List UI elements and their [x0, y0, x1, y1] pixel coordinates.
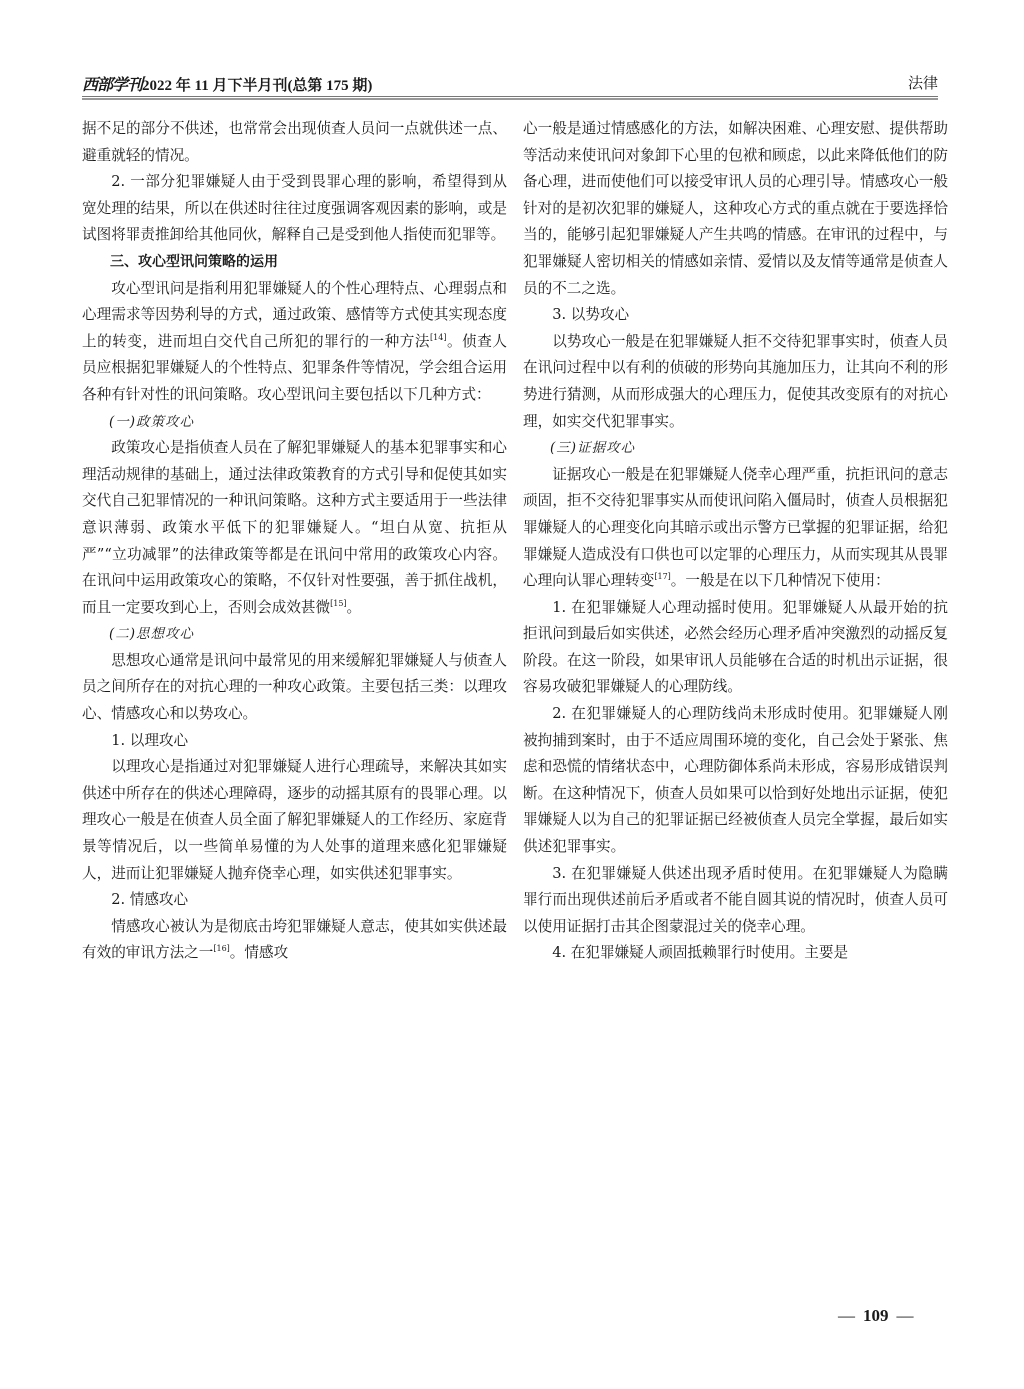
subsection-heading: (一)政策攻心 [82, 409, 507, 436]
page-number-value: 109 [863, 1306, 889, 1325]
citation-ref: [14] [430, 333, 446, 342]
citation-ref: [16] [213, 944, 229, 953]
paragraph: 以势攻心一般是在犯罪嫌疑人拒不交待犯罪事实时，侦查人员在讯问过程中以有利的侦破的… [523, 329, 948, 435]
header-divider [82, 96, 938, 100]
paragraph: 政策攻心是指侦查人员在了解犯罪嫌疑人的基本犯罪事实和心理活动规律的基础上，通过法… [82, 435, 507, 621]
paragraph: 攻心型讯问是指利用犯罪嫌疑人的个性心理特点、心理弱点和心理需求等因势利导的方式，… [82, 276, 507, 409]
numbered-heading: 3. 以势攻心 [523, 302, 948, 329]
paragraph: 2. 一部分犯罪嫌疑人由于受到畏罪心理的影响，希望得到从宽处理的结果，所以在供述… [82, 169, 507, 249]
journal-logo: 西部学刊 [82, 77, 142, 94]
section-heading: 三、攻心型讯问策略的运用 [82, 249, 507, 276]
paragraph: 思想攻心通常是讯问中最常见的用来缓解犯罪嫌疑人与侦查人员之间所存在的对抗心理的一… [82, 648, 507, 728]
dash-left: — [838, 1306, 855, 1325]
paragraph: 以理攻心是指通过对犯罪嫌疑人进行心理疏导，来解决其如实供述中所存在的供述心理障碍… [82, 754, 507, 887]
page-number: —109— [830, 1306, 922, 1326]
paragraph: 据不足的部分不供述，也常常会出现侦查人员问一点就供述一点、避重就轻的情况。 [82, 116, 507, 169]
subsection-heading: (二)思想攻心 [82, 621, 507, 648]
paragraph: 4. 在犯罪嫌疑人顽固抵赖罪行时使用。主要是 [523, 940, 948, 967]
right-column: 心一般是通过情感感化的方法，如解决困难、心理安慰、提供帮助等活动来使讯问对象卸下… [523, 116, 948, 967]
paragraph: 2. 在犯罪嫌疑人的心理防线尚未形成时使用。犯罪嫌疑人刚被拘捕到案时，由于不适应… [523, 701, 948, 861]
paragraph: 1. 在犯罪嫌疑人心理动摇时使用。犯罪嫌疑人从最开始的抗拒讯问到最后如实供述，必… [523, 595, 948, 701]
paragraph: 情感攻心被认为是彻底击垮犯罪嫌疑人意志，使其如实供述最有效的审讯方法之一[16]… [82, 914, 507, 967]
numbered-heading: 2. 情感攻心 [82, 887, 507, 914]
left-column: 据不足的部分不供述，也常常会出现侦查人员问一点就供述一点、避重就轻的情况。 2.… [82, 116, 507, 967]
paragraph: 心一般是通过情感感化的方法，如解决困难、心理安慰、提供帮助等活动来使讯问对象卸下… [523, 116, 948, 302]
citation-ref: [15] [330, 599, 346, 608]
numbered-heading: 1. 以理攻心 [82, 728, 507, 755]
issue-label: 2022 年 11 月下半月刊(总第 175 期) [142, 78, 372, 94]
citation-ref: [17] [654, 572, 670, 581]
journal-issue-info: 西部学刊2022 年 11 月下半月刊(总第 175 期) [82, 72, 372, 95]
paragraph: 3. 在犯罪嫌疑人供述出现矛盾时使用。在犯罪嫌疑人为隐瞒罪行而出现供述前后矛盾或… [523, 861, 948, 941]
subsection-heading: (三)证据攻心 [523, 435, 948, 462]
dash-right: — [897, 1306, 914, 1325]
paragraph: 证据攻心一般是在犯罪嫌疑人侥幸心理严重，抗拒讯问的意志顽固，拒不交待犯罪事实从而… [523, 462, 948, 595]
section-label: 法律 [908, 72, 938, 93]
